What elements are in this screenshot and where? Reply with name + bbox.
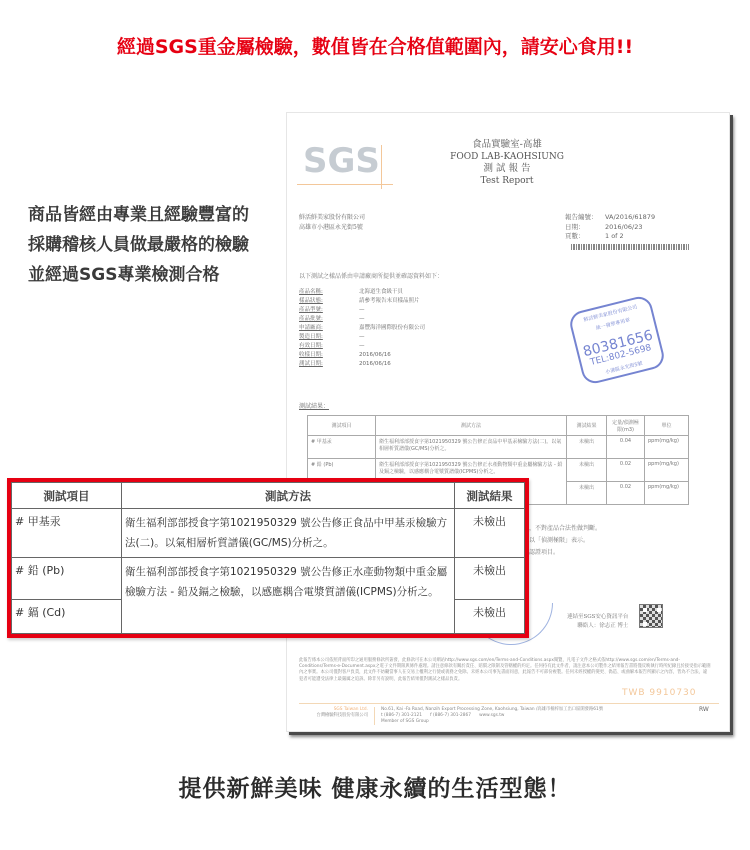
headline: 經過SGS重金屬檢驗，數值皆在合格值範圍內，請安心食用!! — [0, 32, 750, 59]
report-footer: SGS Taiwan Ltd. 台灣檢驗科技股份有限公司 No.61, Kai … — [299, 703, 719, 725]
tagline: 提供新鮮美味 健康永續的生活型態！ — [0, 770, 750, 803]
lab-title: 食品實驗室-高雄 FOOD LAB-KAOHSIUNG 測 試 報 告 Test… — [417, 139, 597, 187]
field-row: 產品名稱:北海道生食級干貝 — [299, 288, 425, 297]
barcode — [571, 244, 689, 250]
sample-intro: 以下測試之樣品係由申請廠商所提供並確認資料如下： — [299, 271, 443, 280]
meta-row: 日期：2016/06/23 — [565, 223, 655, 233]
field-row: 申請廠商:嘉豐海洋國際股份有限公司 — [299, 324, 425, 333]
contact-info: 連結至SGS安心資訊平台 聯絡人：徐志正 博士 — [567, 613, 628, 631]
table-header-row: 測試項目 測試方法 測試結果 定量/偵測極限(m3) 單位 — [308, 416, 689, 436]
sample-fields: 產品名稱:北海道生食級干貝 樣品狀態:請參考報告末頁樣品照片 產品型號:— 產品… — [299, 288, 425, 369]
intro-line: 商品皆經由專業且經驗豐富的 — [28, 200, 288, 230]
intro-text: 商品皆經由專業且經驗豐富的 採購稽核人員做最嚴格的檢驗 並經過SGS專業檢測合格 — [28, 200, 288, 290]
intro-line: 採購稽核人員做最嚴格的檢驗 — [28, 230, 288, 260]
table-header-row: 測試項目 測試方法 測試結果 — [12, 483, 525, 509]
field-row: 產品批號:— — [299, 315, 425, 324]
sgs-logo: SGS — [303, 141, 380, 181]
intro-line: 並經過SGS專業檢測合格 — [28, 260, 288, 290]
highlighted-results-table: 測試項目 測試方法 測試結果 # 甲基汞 衛生福利部部授食字第102195032… — [11, 482, 525, 634]
field-row: 產品型號:— — [299, 306, 425, 315]
sgs-test-report: SGS 食品實驗室-高雄 FOOD LAB-KAOHSIUNG 測 試 報 告 … — [286, 112, 730, 732]
field-row: 測試日期:2016/06/16 — [299, 360, 425, 369]
highlighted-results: 測試項目 測試方法 測試結果 # 甲基汞 衛生福利部部授食字第102195032… — [7, 478, 529, 638]
serial-number: TWB 9910730 — [622, 688, 697, 698]
report-meta: 報告編號：VA/2016/61879 日期：2016/06/23 頁數：1 of… — [565, 213, 655, 242]
client-company: 鮮活鮮美家股份有限公司 高雄市小港區永光街5號 — [299, 213, 365, 233]
table-row: # 甲基汞 衛生福利部部授食字第1021950329 號公告修正食品中甲基汞檢驗… — [12, 509, 525, 558]
field-row: 收樣日期:2016/06/16 — [299, 351, 425, 360]
terms-text: 此報告係本公司依照背面所印之通用服務條款所簽發，此條款可在本公司網站http:/… — [299, 658, 711, 683]
field-row: 樣品狀態:請參考報告末頁樣品照片 — [299, 297, 425, 306]
table-row: # 甲基汞 衛生福利部部授食字第1021950329 號公告修正食品中甲基汞檢驗… — [308, 436, 689, 459]
results-label: 測試結果： — [299, 401, 329, 410]
table-row: # 鉛 (Pb) 衛生福利部部授食字第1021950329 號公告修正水產動物類… — [12, 558, 525, 600]
qr-code-icon — [639, 604, 663, 628]
field-row: 製造日期:— — [299, 333, 425, 342]
meta-row: 報告編號：VA/2016/61879 — [565, 213, 655, 223]
field-row: 有效日期:— — [299, 342, 425, 351]
company-stamp: 鮮活鮮美家股份有限公司 統一發票專用章 80381656 TEL:802-569… — [567, 294, 666, 386]
logo-rule — [381, 145, 382, 189]
report-notes: ，不對產品合法性做判斷。 以「偵測極限」表示。 認證項目。 — [529, 523, 601, 559]
logo-rule — [297, 184, 393, 185]
meta-row: 頁數：1 of 2 — [565, 232, 655, 242]
